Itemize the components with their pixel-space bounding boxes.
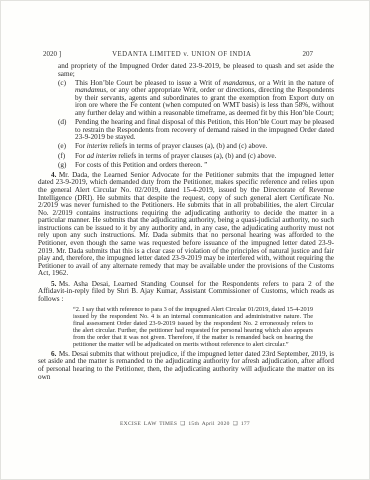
- paragraph-text: Ms. Asha Desai, Learned Standing Counsel…: [38, 280, 334, 303]
- header-year: 2020 ]: [43, 50, 61, 58]
- clause-text: For interim reliefs in terms of prayer c…: [75, 142, 267, 150]
- clause-text: This Hon’ble Court be pleased to issue a…: [75, 79, 334, 117]
- clause-label: (d): [58, 119, 66, 127]
- prayer-clauses: and propriety of the Impugned Order date…: [38, 63, 334, 169]
- clause-text: For costs of this Petition and orders th…: [75, 161, 207, 169]
- prayer-item-c: (c) This Hon’ble Court be pleased to iss…: [58, 80, 334, 118]
- header-page-number: 207: [303, 50, 314, 58]
- clause-label: (g): [58, 162, 66, 170]
- prayer-item-d: (d) Pending the hearing and final dispos…: [58, 119, 334, 142]
- page-body: and propriety of the Impugned Order date…: [38, 63, 334, 381]
- clause-text: For ad interim reliefs in terms of praye…: [75, 152, 276, 160]
- journal-name: EXCISE LAW TIMES: [120, 421, 177, 427]
- clause-label: (f): [58, 153, 65, 161]
- footer-number: 177: [241, 421, 250, 427]
- page-footer: EXCISE LAW TIMES❑15th April 2020❑177: [1, 421, 369, 427]
- page-header: 2020 ] VEDANTA LIMITED v. UNION OF INDIA…: [43, 50, 313, 58]
- clause-label: (e): [58, 143, 66, 151]
- paragraph-5: 5.Ms. Asha Desai, Learned Standing Couns…: [38, 281, 334, 304]
- prayer-item-e: (e) For interim reliefs in terms of pray…: [58, 143, 334, 151]
- issue-date: 15th April 2020: [188, 421, 229, 427]
- header-case-title: VEDANTA LIMITED v. UNION OF INDIA: [61, 51, 302, 58]
- affidavit-quote: “2. I say that with reference to para 3 …: [73, 306, 313, 349]
- prayer-item-g: (g) For costs of this Petition and order…: [58, 162, 334, 170]
- prayer-intro: and propriety of the Impugned Order date…: [58, 63, 334, 78]
- box-icon: ❑: [180, 421, 185, 427]
- box-icon: ❑: [233, 421, 238, 427]
- paragraph-text: Mr. Dada, the Learned Senior Advocate fo…: [38, 171, 334, 278]
- paragraph-text: Ms. Desai submits that without prejudice…: [38, 350, 334, 381]
- paragraph-4: 4.Mr. Dada, the Learned Senior Advocate …: [38, 172, 334, 278]
- clause-label: (c): [58, 80, 66, 88]
- paragraph-6: 6.Ms. Desai submits that without prejudi…: [38, 351, 334, 381]
- prayer-item-f: (f) For ad interim reliefs in terms of p…: [58, 153, 334, 161]
- document-page: 2020 ] VEDANTA LIMITED v. UNION OF INDIA…: [0, 0, 370, 480]
- clause-text: Pending the hearing and final disposal o…: [75, 118, 334, 141]
